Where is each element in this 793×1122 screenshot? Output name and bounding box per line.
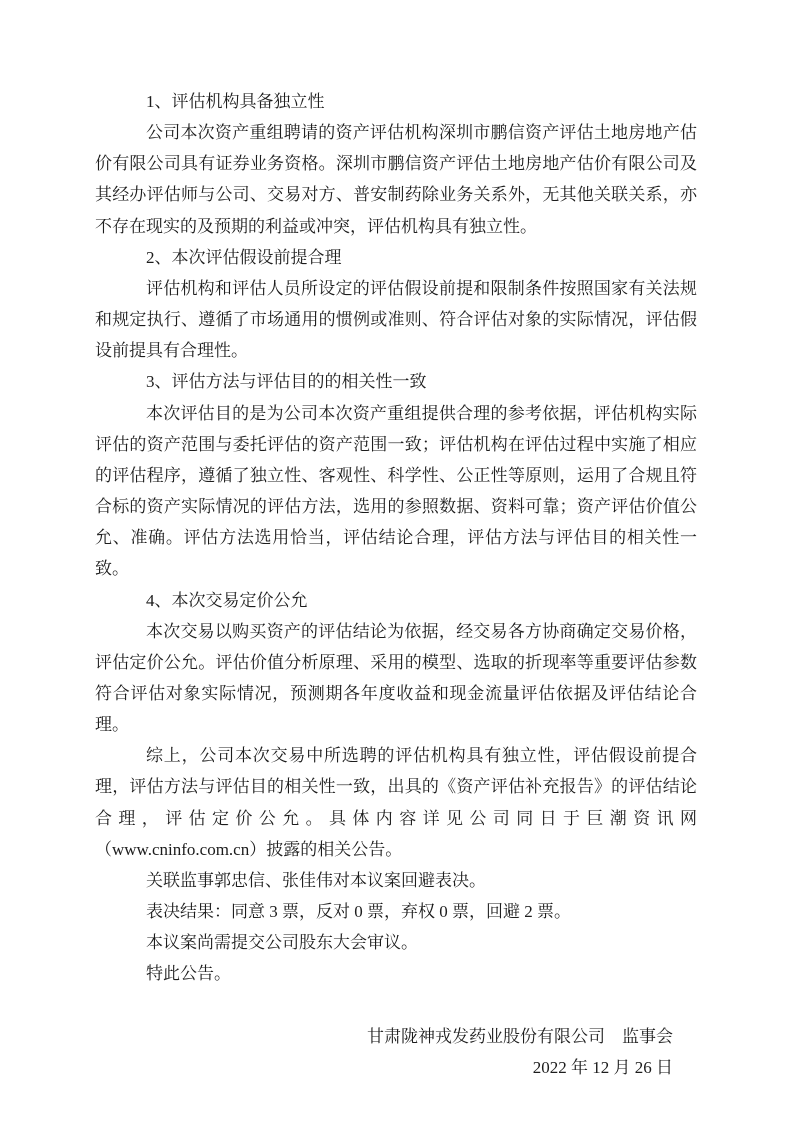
body-paragraph: 本议案尚需提交公司股东大会审议。 bbox=[95, 927, 697, 958]
body-paragraph: 本次交易以购买资产的评估结论为依据，经交易各方协商确定交易价格，评估定价公允。评… bbox=[95, 616, 697, 741]
document-body: 1、评估机构具备独立性公司本次资产重组聘请的资产评估机构深圳市鹏信资产评估土地房… bbox=[95, 86, 697, 1083]
body-paragraph: 公司本次资产重组聘请的资产评估机构深圳市鹏信资产评估土地房地产估价有限公司具有证… bbox=[95, 117, 697, 242]
body-paragraph: 本次评估目的是为公司本次资产重组提供合理的参考依据，评估机构实际评估的资产范围与… bbox=[95, 398, 697, 585]
body-paragraph: 评估机构和评估人员所设定的评估假设前提和限制条件按照国家有关法规和规定执行、遵循… bbox=[95, 273, 697, 366]
signature-date: 2022 年 12 月 26 日 bbox=[95, 1052, 673, 1083]
signature-company: 甘肃陇神戎发药业股份有限公司 监事会 bbox=[95, 1021, 673, 1052]
section-heading: 3、评估方法与评估目的的相关性一致 bbox=[95, 366, 697, 397]
document-page: 1、评估机构具备独立性公司本次资产重组聘请的资产评估机构深圳市鹏信资产评估土地房… bbox=[0, 0, 793, 1122]
section-heading: 1、评估机构具备独立性 bbox=[95, 86, 697, 117]
paragraphs-container: 1、评估机构具备独立性公司本次资产重组聘请的资产评估机构深圳市鹏信资产评估土地房… bbox=[95, 86, 697, 990]
signature-block: 甘肃陇神戎发药业股份有限公司 监事会 2022 年 12 月 26 日 bbox=[95, 1021, 697, 1083]
section-heading: 2、本次评估假设前提合理 bbox=[95, 242, 697, 273]
section-heading: 4、本次交易定价公允 bbox=[95, 585, 697, 616]
body-paragraph: 关联监事郭忠信、张佳伟对本议案回避表决。 bbox=[95, 865, 697, 896]
body-paragraph: 综上，公司本次交易中所选聘的评估机构具有独立性，评估假设前提合理，评估方法与评估… bbox=[95, 740, 697, 865]
body-paragraph: 表决结果：同意 3 票，反对 0 票，弃权 0 票，回避 2 票。 bbox=[95, 896, 697, 927]
body-paragraph: 特此公告。 bbox=[95, 958, 697, 989]
